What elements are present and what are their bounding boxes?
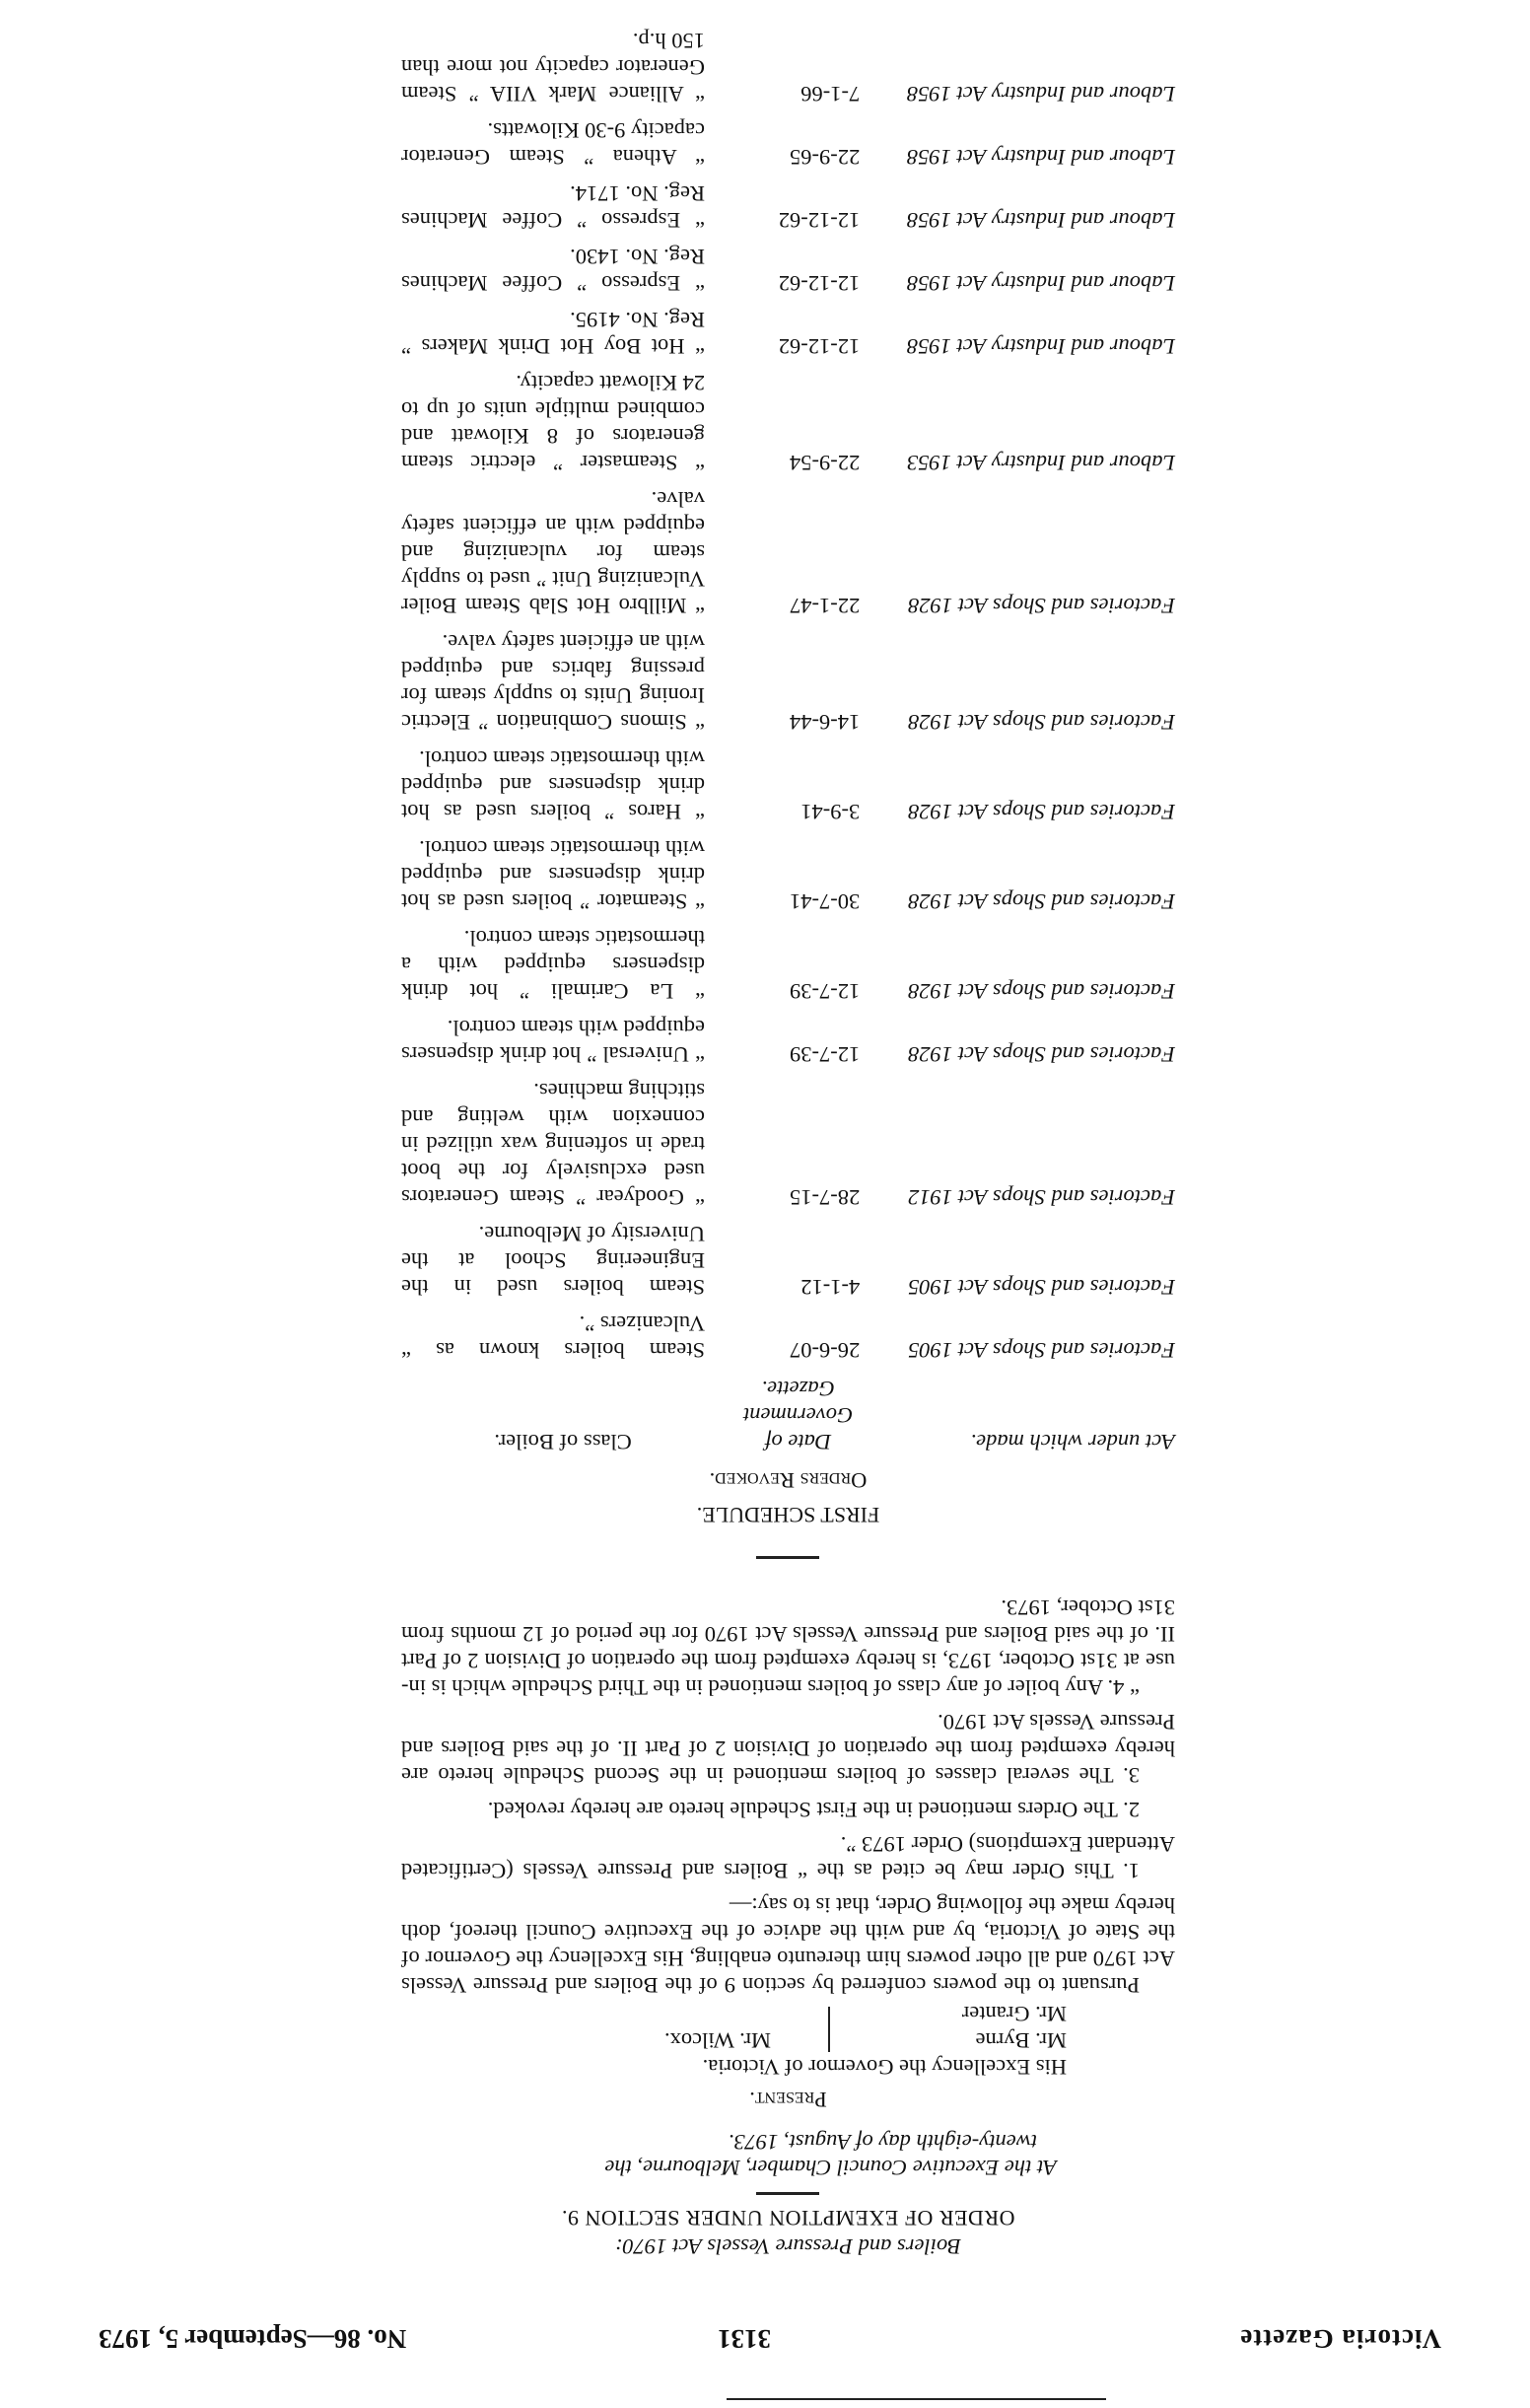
cell-class: “ Espresso ” Coffee Machines Reg. No. 14…	[401, 234, 725, 297]
cell-class: Steam boilers used in the Engineering Sc…	[401, 1211, 725, 1301]
present-governor: His Excellency the Governor of Victoria.	[401, 2054, 1067, 2081]
table-row: Factories and Shops Act 19283-9-41“ Haro…	[401, 736, 1175, 825]
cell-class: “ Hot Boy Hot Drink Makers ” Reg. No. 41…	[401, 297, 725, 360]
cell-act: Factories and Shops Act 1928	[871, 476, 1175, 619]
cell-date: 22-9-54	[725, 360, 871, 476]
cell-date: 12-7-39	[725, 915, 871, 1005]
gazette-page: Victoria Gazette 3131 No. 86—September 5…	[0, 0, 1530, 2408]
page-number: 3131	[718, 2323, 771, 2354]
cell-date: 26-6-07	[725, 1301, 871, 1364]
cell-act: Factories and Shops Act 1928	[871, 915, 1175, 1005]
cell-act: Labour and Industry Act 1958	[871, 18, 1175, 107]
preamble: Pursuant to the powers conferred by sect…	[401, 1892, 1175, 1999]
schedule-subtitle: Orders Revoked.	[401, 1467, 1175, 1494]
table-row: Labour and Industry Act 195322-9-54“ Ste…	[401, 360, 1175, 476]
table-row: Factories and Shops Act 192822-1-47“ Mil…	[401, 476, 1175, 619]
cell-class: “ Goodyear ” Steam Generators used exclu…	[401, 1068, 725, 1211]
cell-act: Factories and Shops Act 1928	[871, 825, 1175, 915]
cell-act: Labour and Industry Act 1958	[871, 171, 1175, 234]
table-row: Labour and Industry Act 195812-12-62“ Ho…	[401, 297, 1175, 360]
cell-date: 7-1-66	[725, 18, 871, 107]
page-header: Victoria Gazette 3131 No. 86—September 5…	[99, 2314, 1441, 2354]
members-list: Mr. Byrne Mr. Granter Mr. Wilcox.	[401, 1999, 1067, 2054]
act-heading: Boilers and Pressure Vessels Act 1970:	[401, 2233, 1175, 2260]
cell-act: Factories and Shops Act 1905	[871, 1211, 1175, 1301]
clause-2: 2. The Orders mentioned in the First Sch…	[401, 1797, 1175, 1823]
cell-date: 3-9-41	[725, 736, 871, 825]
cell-class: “ Espresso ” Coffee Machines Reg. No. 17…	[401, 171, 725, 234]
column-header-class: Class of Boiler.	[401, 1364, 725, 1455]
cell-class: Steam boilers known as “ Vulcanizers ”.	[401, 1301, 725, 1364]
member: Mr. Byrne	[976, 2027, 1068, 2054]
council-date: twenty-eighth day of August, 1973.	[544, 2129, 1037, 2155]
council-statement: At the Executive Council Chamber, Melbou…	[544, 2129, 1057, 2180]
publication-name: Victoria Gazette	[1239, 2323, 1441, 2354]
divider	[757, 2192, 820, 2195]
cell-act: Labour and Industry Act 1953	[871, 360, 1175, 476]
top-rule	[727, 2398, 1106, 2400]
clause-4: “ 4. Any boiler of any class of boilers …	[401, 1594, 1175, 1701]
cell-act: Labour and Industry Act 1958	[871, 234, 1175, 297]
cell-act: Factories and Shops Act 1928	[871, 1005, 1175, 1068]
cell-act: Factories and Shops Act 1912	[871, 1068, 1175, 1211]
table-row: Factories and Shops Act 191228-7-15“ Goo…	[401, 1068, 1175, 1211]
cell-class: “ Steamaster ” electric steam generators…	[401, 360, 725, 476]
cell-class: “ Steamator ” boilers used as hot drink …	[401, 825, 725, 915]
column-header-act: Act under which made.	[871, 1364, 1175, 1455]
cell-date: 4-1-12	[725, 1211, 871, 1301]
table-row: Labour and Industry Act 195812-12-62“ Es…	[401, 234, 1175, 297]
order-title: ORDER OF EXEMPTION UNDER SECTION 9.	[401, 2205, 1175, 2231]
table-row: Labour and Industry Act 195822-9-65“ Ath…	[401, 107, 1175, 171]
table-row: Factories and Shops Act 190526-6-07Steam…	[401, 1301, 1175, 1364]
table-row: Factories and Shops Act 192812-7-39“ Uni…	[401, 1005, 1175, 1068]
cell-act: Factories and Shops Act 1928	[871, 619, 1175, 736]
brace	[828, 2007, 830, 2052]
member: Mr. Wilcox.	[664, 2027, 771, 2054]
table-row: Factories and Shops Act 19054-1-12Steam …	[401, 1211, 1175, 1301]
cell-date: 12-12-62	[725, 171, 871, 234]
cell-date: 22-1-47	[725, 476, 871, 619]
member: Mr. Granter	[962, 2001, 1067, 2027]
clause-1: 1. This Order may be cited as the “ Boil…	[401, 1831, 1175, 1884]
council-place: At the Executive Council Chamber, Melbou…	[544, 2155, 1057, 2180]
issue-date: No. 86—September 5, 1973	[99, 2323, 406, 2354]
table-row: Labour and Industry Act 195812-12-62“ Es…	[401, 171, 1175, 234]
table-row: Factories and Shops Act 192830-7-41“ Ste…	[401, 825, 1175, 915]
cell-act: Factories and Shops Act 1928	[871, 736, 1175, 825]
cell-class: “ Simons Combination ” Electric Ironing …	[401, 619, 725, 736]
cell-act: Factories and Shops Act 1905	[871, 1301, 1175, 1364]
cell-class: “ La Carimali ” hot drink dispensers equ…	[401, 915, 725, 1005]
cell-date: 22-9-65	[725, 107, 871, 171]
schedule-rows: Factories and Shops Act 190526-6-07Steam…	[401, 18, 1175, 1364]
cell-date: 28-7-15	[725, 1068, 871, 1211]
clause-3: 3. The several classes of boilers mentio…	[401, 1709, 1175, 1789]
cell-class: “ Haros ” boilers used as hot drink disp…	[401, 736, 725, 825]
cell-class: “ Millbro Hot Slab Steam Boiler Vulcaniz…	[401, 476, 725, 619]
cell-class: “ Universal ” hot drink dispensers equip…	[401, 1005, 725, 1068]
cell-date: 12-12-62	[725, 297, 871, 360]
cell-date: 12-7-39	[725, 1005, 871, 1068]
schedule-table: Act under which made. Date of Government…	[401, 18, 1175, 1455]
cell-act: Labour and Industry Act 1958	[871, 107, 1175, 171]
notice-column: Boilers and Pressure Vessels Act 1970: O…	[401, 18, 1175, 2260]
cell-class: “ Athena ” Steam Generator capacity 9-30…	[401, 107, 725, 171]
cell-date: 30-7-41	[725, 825, 871, 915]
cell-date: 12-12-62	[725, 234, 871, 297]
present-label: Present.	[401, 2087, 1175, 2113]
table-row: Labour and Industry Act 19587-1-66“ Alli…	[401, 18, 1175, 107]
column-header-date: Date of Government Gazette.	[725, 1364, 871, 1455]
divider	[757, 1556, 820, 1559]
cell-act: Labour and Industry Act 1958	[871, 297, 1175, 360]
cell-class: “ Alliance Mark VIIA ” Steam Generator c…	[401, 18, 725, 107]
table-row: Factories and Shops Act 192814-6-44“ Sim…	[401, 619, 1175, 736]
schedule-title: FIRST SCHEDULE.	[401, 1502, 1175, 1528]
table-row: Factories and Shops Act 192812-7-39“ La …	[401, 915, 1175, 1005]
cell-date: 14-6-44	[725, 619, 871, 736]
